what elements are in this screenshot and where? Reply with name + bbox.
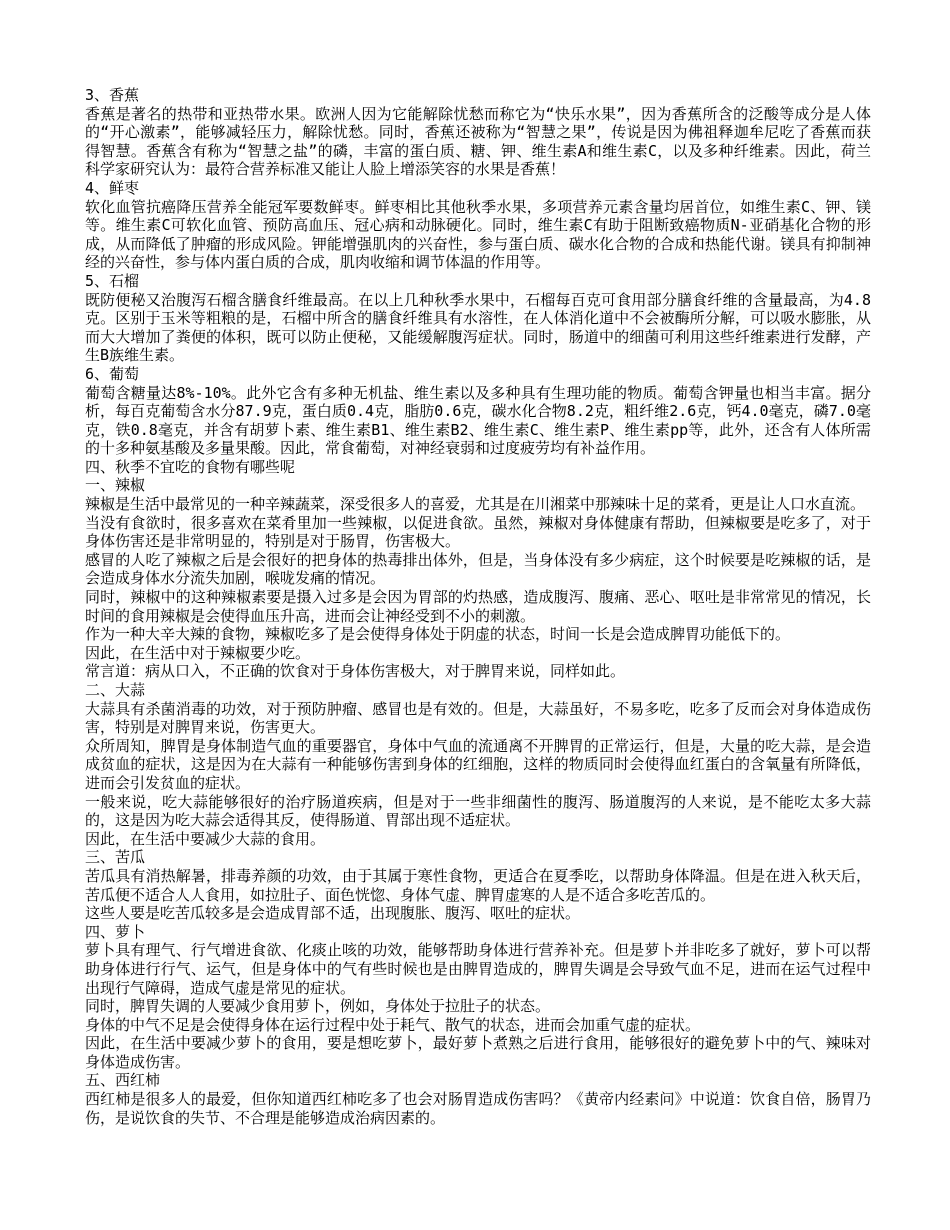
paragraph: 因此，在生活中对于辣椒要少吃。 [85, 644, 871, 663]
section-heading: 一、辣椒 [85, 476, 871, 495]
paragraph: 大蒜具有杀菌消毒的功效，对于预防肿瘤、感冒也是有效的。但是，大蒜虽好，不易多吃，… [85, 700, 871, 737]
section-heading: 三、苦瓜 [85, 848, 871, 867]
paragraph: 葡萄含糖量达8%-10%。此外它含有多种无机盐、维生素以及多种具有生理功能的物质… [85, 384, 871, 458]
section-heading: 5、石榴 [85, 272, 871, 291]
paragraph: 当没有食欲时，很多喜欢在菜肴里加一些辣椒，以促进食欲。虽然，辣椒对身体健康有帮助… [85, 514, 871, 551]
paragraph: 软化血管抗癌降压营养全能冠军要数鲜枣。鲜枣相比其他秋季水果，多项营养元素含量均居… [85, 198, 871, 272]
paragraph: 同时，辣椒中的这种辣椒素要是摄入过多是会因为胃部的灼热感，造成腹泻、腹痛、恶心、… [85, 588, 871, 625]
paragraph: 感冒的人吃了辣椒之后是会很好的把身体的热毒排出体外，但是，当身体没有多少病症，这… [85, 551, 871, 588]
paragraph: 身体的中气不足是会使得身体在运行过程中处于耗气、散气的状态，进而会加重气虚的症状… [85, 1016, 871, 1035]
section-heading: 4、鲜枣 [85, 179, 871, 198]
paragraph: 萝卜具有理气、行气增进食欲、化痰止咳的功效，能够帮助身体进行营养补充。但是萝卜并… [85, 941, 871, 997]
paragraph: 西红柿是很多人的最爱，但你知道西红柿吃多了也会对肠胃造成伤害吗？《黄帝内经素问》… [85, 1090, 871, 1127]
paragraph: 苦瓜具有消热解暑，排毒养颜的功效，由于其属于寒性食物，更适合在夏季吃，以帮助身体… [85, 867, 871, 904]
section-heading: 五、西红柿 [85, 1071, 871, 1090]
paragraph: 香蕉是著名的热带和亚热带水果。欧洲人因为它能解除忧愁而称它为“快乐水果”，因为香… [85, 105, 871, 179]
paragraph: 同时，脾胃失调的人要减少食用萝卜，例如，身体处于拉肚子的状态。 [85, 997, 871, 1016]
paragraph: 一般来说，吃大蒜能够很好的治疗肠道疾病，但是对于一些非细菌性的腹泻、肠道腹泻的人… [85, 793, 871, 830]
section-heading: 四、萝卜 [85, 923, 871, 942]
paragraph: 因此，在生活中要减少大蒜的食用。 [85, 830, 871, 849]
paragraph: 既防便秘又治腹泻石榴含膳食纤维最高。在以上几种秋季水果中，石榴每百克可食用部分膳… [85, 291, 871, 365]
paragraph: 众所周知，脾胃是身体制造气血的重要器官，身体中气血的流通离不开脾胃的正常运行，但… [85, 737, 871, 793]
paragraph: 作为一种大辛大辣的食物，辣椒吃多了是会使得身体处于阴虚的状态，时间一长是会造成脾… [85, 625, 871, 644]
paragraph: 因此，在生活中要减少萝卜的食用，要是想吃萝卜，最好萝卜煮熟之后进行食用，能够很好… [85, 1034, 871, 1071]
section-heading: 二、大蒜 [85, 681, 871, 700]
section-heading: 6、葡萄 [85, 365, 871, 384]
section-heading: 四、秋季不宜吃的食物有哪些呢 [85, 458, 871, 477]
paragraph: 辣椒是生活中最常见的一种辛辣蔬菜，深受很多人的喜爱，尤其是在川湘菜中那辣味十足的… [85, 495, 871, 514]
paragraph: 常言道：病从口入，不正确的饮食对于身体伤害极大，对于脾胃来说，同样如此。 [85, 662, 871, 681]
document-page: 3、香蕉香蕉是著名的热带和亚热带水果。欧洲人因为它能解除忧愁而称它为“快乐水果”… [85, 86, 871, 1127]
section-heading: 3、香蕉 [85, 86, 871, 105]
paragraph: 这些人要是吃苦瓜较多是会造成胃部不适，出现腹胀、腹泻、呕吐的症状。 [85, 904, 871, 923]
